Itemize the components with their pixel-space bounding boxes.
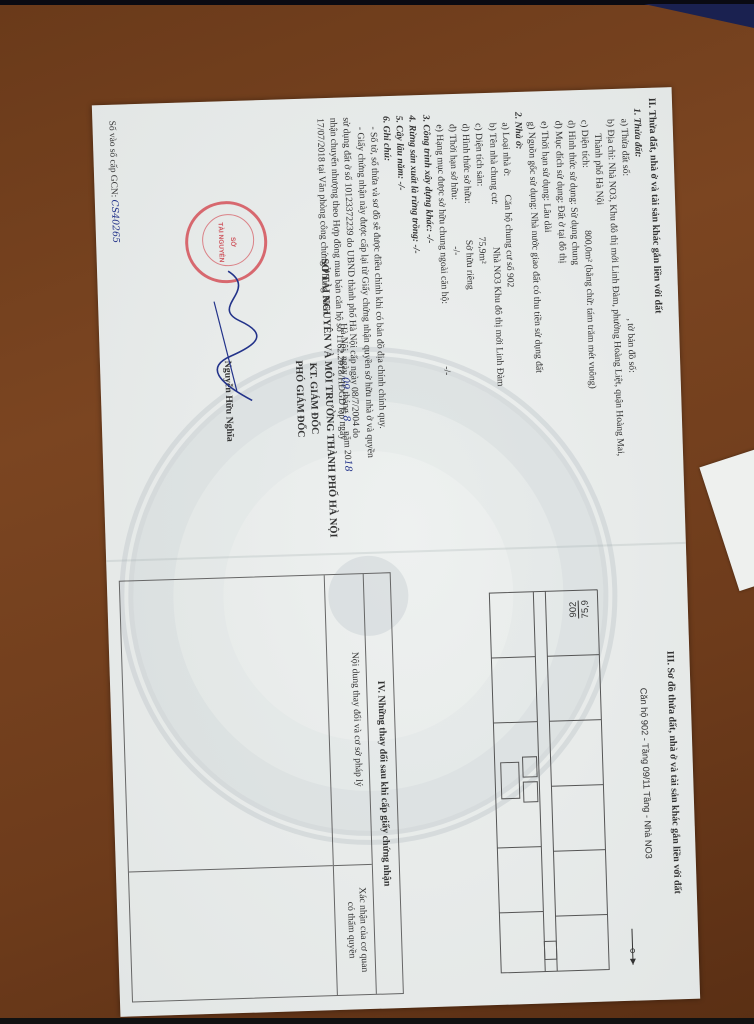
date-year: 18 [342, 459, 353, 472]
ownership-label: d) Hình thức sở hữu: [460, 123, 474, 203]
floor-area-label: c) Diện tích sàn: [473, 123, 486, 186]
registry-label: Số vào sổ cấp GCN: [106, 121, 118, 198]
date-prefix: Hà Nội, ngày [338, 323, 351, 375]
section-3-subtitle: Căn hộ 902 - Tầng 09/11 Tầng - Nhà NO3 [634, 558, 658, 988]
ownership-value: Sở hữu riêng [462, 206, 476, 290]
purpose-value: Đất ở tại đô thị [555, 205, 568, 263]
own-term-label: đ) Thời hạn sở hữu: [447, 124, 460, 200]
other-paper-corner [699, 449, 754, 591]
background-object [644, 4, 754, 28]
section-2: II. Thửa đất, nhà ở và tài sản khác gắn … [98, 98, 672, 555]
origin-label: g) Nguồn gốc sử dụng: [526, 121, 540, 210]
parcel-label: a) Thửa đất số: [618, 118, 631, 176]
certificate-photo: II. Thửa đất, nhà ở và tài sản khác gắn … [92, 87, 700, 1017]
date-month: 8 [341, 415, 352, 421]
changes-table-body [120, 575, 337, 1001]
term-label: e) Thời hạn sử dụng: [539, 121, 553, 201]
house-type-label: a) Loại nhà ở: [499, 122, 512, 176]
address-label: b) Địa chỉ: [605, 119, 617, 160]
unit-area: 75,9 [579, 600, 591, 619]
signature-icon [198, 260, 273, 412]
house-type-value: Căn hộ chung cư số 902 [501, 178, 515, 287]
unit-number: 902 [567, 600, 580, 619]
registry-value: CS40265 [109, 199, 121, 243]
certificate-paper: II. Thửa đất, nhà ở và tài sản khác gắn … [92, 87, 700, 1017]
purpose-label: đ) Mục đích sử dụng: [552, 121, 566, 204]
north-arrow-icon [622, 926, 643, 967]
usage-form-label: d) Hình thức sử dụng: [565, 120, 579, 205]
column-authority-confirmation: Xác nhận của cơ quan có thẩm quyền [334, 865, 376, 995]
floor-area-value: 75,9m² [475, 189, 488, 264]
changes-table: IV. Những thay đổi sau khi cấp giấy chứn… [119, 572, 404, 1002]
shared-value: -/- [439, 306, 452, 375]
sections-3-4: III. Sơ đồ thửa đất, nhà ở và tài sản kh… [113, 557, 686, 1004]
own-term-value: -/- [449, 202, 462, 255]
term-value: Lâu dài [542, 203, 554, 232]
month-prefix: tháng [340, 391, 352, 413]
changes-cell [120, 575, 333, 872]
confirmation-cell [129, 866, 337, 1001]
area-label: c) Diện tích: [579, 120, 592, 168]
registry-number: Số vào sổ cấp GCN: CS40265 [104, 121, 122, 244]
bottom-edge [0, 1018, 754, 1024]
usage-form-value: Sử dụng chung [568, 207, 581, 265]
top-edge [0, 0, 754, 5]
section-3-title: III. Sơ đồ thửa đất, nhà ở và tài sản kh… [661, 557, 686, 987]
building-label: b) Tên nhà chung cư: [486, 123, 500, 205]
date-day: 09 [339, 377, 350, 390]
unit-label: 902 75,9 [567, 600, 591, 619]
floor-plan-diagram [483, 580, 616, 984]
year-prefix: năm 20 [341, 431, 353, 460]
